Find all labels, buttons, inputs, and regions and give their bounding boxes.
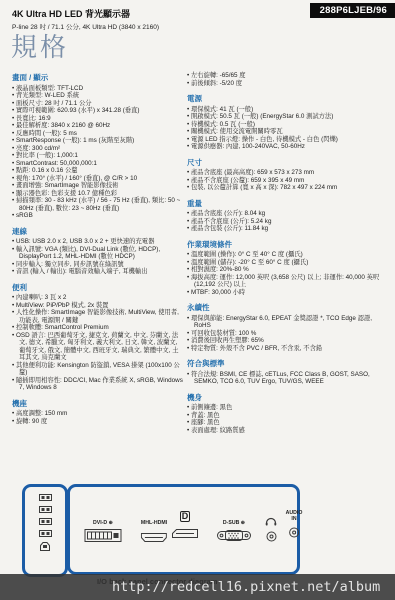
- page-title: 規格: [11, 27, 69, 64]
- model-number-badge: 288P6LJEB/96: [310, 3, 395, 18]
- spec-item: 掃描頻率: 30 - 83 kHz (水平) / 56 - 75 Hz (垂直)…: [12, 197, 184, 212]
- spec-item: 可回收包裝材質: 100 %: [187, 330, 389, 338]
- spec-item: 前後傾斜: -5/20 度: [187, 80, 389, 88]
- connector-label: D: [180, 511, 191, 522]
- spec-item-list: 高度調整: 150 mm旋轉: 90 度: [12, 410, 184, 425]
- spec-item: 液晶面板類型: TFT-LCD: [12, 85, 184, 93]
- spec-item: 長寬比: 16:9: [12, 115, 184, 123]
- usb-a-port-icon: [39, 530, 52, 537]
- spec-item-list: 產品含底座 (公斤): 8.04 kg產品不含底座 (公斤): 5.24 kg產…: [187, 210, 389, 233]
- section-heading: 機座: [12, 398, 184, 409]
- section-heading: 符合與標準: [187, 358, 389, 369]
- section-heading: 重量: [187, 198, 389, 209]
- spec-item: 輸入訊號: VGA (類比), DVI-Dual Link (數位, HDCP)…: [12, 246, 184, 261]
- headphone-icon: [265, 513, 277, 526]
- section-heading: 連線: [12, 226, 184, 237]
- section-heading: 便利: [12, 282, 184, 293]
- spec-section: 畫面 / 顯示液晶面板類型: TFT-LCD背光類型: W-LED 系統面板尺寸…: [12, 72, 184, 220]
- spec-item: OSD 語言: 巴西葡萄牙文, 捷克文, 荷蘭文, 中文, 芬蘭文, 法文, 德…: [12, 332, 184, 362]
- spec-item: 符合法規: BSMI, CE 標誌, cETLus, FCC Class B, …: [187, 371, 389, 386]
- spec-item: 其他便利功能: Kensington 防盜鎖, VESA 掛架 (100x100…: [12, 362, 184, 377]
- spec-item: 待機模式: 0.5 瓦 (一般): [187, 121, 389, 129]
- spec-section: 作業環境條件溫度範圍 (操作): 0° C 至 40° C 度 (攝氏)溫度範圍…: [187, 239, 389, 297]
- spec-item: 背光類型: W-LED 系統: [12, 92, 184, 100]
- spec-section: 電源環保模式: 41 瓦 (一般)開啟模式: 50.5 瓦 (一般) (Ener…: [187, 93, 389, 151]
- section-heading: 電源: [187, 93, 389, 104]
- spec-item: 顯示器色彩: 色彩支援 10.7 億種色彩: [12, 190, 184, 198]
- spec-item: 音訊 (輸入 / 輸出): 電腦音效輸入端子, 耳機輸出: [12, 268, 184, 276]
- spec-column-right: 左右旋轉: -65/65 度前後傾斜: -5/20 度電源環保模式: 41 瓦 …: [187, 72, 389, 434]
- usb-port-list: [25, 487, 65, 551]
- spec-item: 最佳解析度: 3840 x 2160 @ 60Hz: [12, 122, 184, 130]
- spec-item: 內建喇叭: 3 瓦 x 2: [12, 294, 184, 302]
- spec-item-list: 符合法規: BSMI, CE 標誌, cETLus, FCC Class B, …: [187, 371, 389, 386]
- spec-item: 同步輸入: 獨立同步, 同步訊號在綠訊號: [12, 261, 184, 269]
- spec-item-list: 環保與節能: EnergyStar 6.0, EPEAT 金獎認證 *, TCO…: [187, 315, 389, 353]
- section-heading: 畫面 / 顯示: [12, 72, 184, 83]
- spec-item: 產品含底座 (公斤): 8.04 kg: [187, 210, 389, 218]
- usb-b-port-icon: [40, 542, 50, 551]
- spec-item-list: 溫度範圍 (操作): 0° C 至 40° C 度 (攝氏)溫度範圍 (儲存):…: [187, 251, 389, 296]
- spec-item-list: 產品含底座 (最高高度): 659 x 573 x 273 mm產品不含底座 (…: [187, 169, 389, 192]
- spec-item: 前側鑲邊: 黑色: [187, 404, 389, 412]
- spec-item: 產品含底座 (最高高度): 659 x 573 x 273 mm: [187, 169, 389, 177]
- connector-vga: D-SUB ⊕: [217, 513, 251, 547]
- spec-section: 連線USB: USB 2.0 x 2, USB 3.0 x 2 + 更快速的充電…: [12, 226, 184, 276]
- io-connector-box: DVI-D ⊕MHL-HDMIDD-SUB ⊕AUDIOIN: [67, 484, 300, 575]
- spec-item: 關機模式: 使用交流電開關時零瓦: [187, 128, 389, 136]
- spec-sheet-page: 4K Ultra HD LED 背光顯示器 P-line 28 吋 / 71.1…: [0, 0, 395, 600]
- section-heading: 作業環境條件: [187, 239, 389, 250]
- spec-item: 產品含包裝 (公斤): 11.84 kg: [187, 225, 389, 233]
- spec-item-list: USB: USB 2.0 x 2, USB 3.0 x 2 + 更快速的充電器輸…: [12, 238, 184, 276]
- product-title: 4K Ultra HD LED 背光顯示器: [12, 7, 159, 20]
- jack-connector-icon: [266, 529, 277, 547]
- section-heading: 尺寸: [187, 157, 389, 168]
- spec-section: 機座高度調整: 150 mm旋轉: 90 度: [12, 398, 184, 426]
- spec-item: 產品不含底座 (公斤): 5.24 kg: [187, 218, 389, 226]
- spec-column-left: 畫面 / 顯示液晶面板類型: TFT-LCD背光類型: W-LED 系統面板尺寸…: [12, 72, 184, 425]
- connector-dvi: DVI-D ⊕: [85, 513, 122, 547]
- spec-item: 隨插即用相容性: DDC/CI, Mac 作業系統 X, sRGB, Windo…: [12, 377, 184, 392]
- vga-connector-icon: [217, 529, 251, 547]
- dp-connector-icon: [172, 525, 198, 543]
- spec-item-list: 環保模式: 41 瓦 (一般)開啟模式: 50.5 瓦 (一般) (Energy…: [187, 106, 389, 151]
- spec-item: 反應時間 (一般): 5 ms: [12, 130, 184, 138]
- spec-section: 機身前側鑲邊: 黑色背蓋: 黑色座腳: 黑色表面處理: 紋路質感: [187, 392, 389, 435]
- hdmi-connector-icon: [141, 529, 167, 547]
- connector-label: AUDIOIN: [286, 509, 303, 522]
- spec-item: 背蓋: 黑色: [187, 412, 389, 420]
- connector-jack: [265, 513, 277, 547]
- spec-item-list: 前側鑲邊: 黑色背蓋: 黑色座腳: 黑色表面處理: 紋路質感: [187, 404, 389, 434]
- spec-section: 便利內建喇叭: 3 瓦 x 2MultiView: PiP/PbP 模式, 2x…: [12, 282, 184, 392]
- watermark-band: http://redcell16.pixnet.net/album: [0, 574, 395, 600]
- spec-item: MTBF: 30,000 小時: [187, 289, 389, 297]
- spec-item: 人性化操作: SmartImage 智能影像技術, MultiView, 使用者…: [12, 309, 184, 324]
- spec-item: 溫度範圍 (操作): 0° C 至 40° C 度 (攝氏): [187, 251, 389, 259]
- spec-item-list: 左右旋轉: -65/65 度前後傾斜: -5/20 度: [187, 72, 389, 87]
- spec-item: 環保與節能: EnergyStar 6.0, EPEAT 金獎認證 *, TCO…: [187, 315, 389, 330]
- spec-item: 開啟模式: 50.5 瓦 (一般) (EnergyStar 6.0 測試方法): [187, 113, 389, 121]
- dvi-connector-icon: [85, 529, 122, 547]
- spec-item: 電源供應器: 內建, 100-240VAC, 50-60Hz: [187, 143, 389, 151]
- spec-item: 特定物質: 外殼不含 PVC / BFR, 不含汞, 不含鉛: [187, 345, 389, 353]
- spec-item: sRGB: [12, 212, 184, 220]
- spec-item: 溫度範圍 (儲存): -20° C 至 60° C 度 (攝氏): [187, 259, 389, 267]
- section-heading: 永續性: [187, 302, 389, 313]
- connector-jack: AUDIOIN: [286, 509, 303, 543]
- jack-connector-icon: [289, 525, 300, 543]
- section-heading: 機身: [187, 392, 389, 403]
- spec-item: SmartContrast: 50,000,000:1: [12, 160, 184, 168]
- spec-item: 電源 LED 指示燈: 操作 - 白色, 待機模式 - 白色 (閃爍): [187, 136, 389, 144]
- spec-item-list: 液晶面板類型: TFT-LCD背光類型: W-LED 系統面板尺寸: 28 吋 …: [12, 85, 184, 220]
- spec-item: 旋轉: 90 度: [12, 418, 184, 426]
- connector-hdmi: MHL-HDMI: [141, 513, 167, 547]
- spec-item: 對比率 (一般): 1,000:1: [12, 152, 184, 160]
- spec-item: 座腳: 黑色: [187, 419, 389, 427]
- spec-item: 海拔高度: 運作: 12,000 英呎 (3,658 公尺) 以上; 非運作: …: [187, 274, 389, 289]
- usb-a-port-icon: [39, 494, 52, 501]
- connector-label: D-SUB ⊕: [223, 513, 245, 526]
- usb-a-port-icon: [39, 518, 52, 525]
- spec-item: 視角: 170° (水平) / 160° (垂直), @ C/R > 10: [12, 175, 184, 183]
- spec-item: MultiView: PiP/PbP 模式, 2x 裝置: [12, 302, 184, 310]
- spec-item: 產品不含底座 (公釐): 659 x 395 x 49 mm: [187, 177, 389, 185]
- spec-item: 相對濕度: 20%-80 %: [187, 266, 389, 274]
- usb-panel-box: [22, 484, 68, 577]
- spec-item-list: 內建喇叭: 3 瓦 x 2MultiView: PiP/PbP 模式, 2x 裝…: [12, 294, 184, 392]
- connector-dp: D: [172, 511, 198, 543]
- connector-label: DVI-D ⊕: [93, 513, 113, 526]
- spec-item: 亮度: 300 cd/m²: [12, 145, 184, 153]
- spec-item: USB: USB 2.0 x 2, USB 3.0 x 2 + 更快速的充電器: [12, 238, 184, 246]
- spec-item: 點距: 0.16 x 0.16 公釐: [12, 167, 184, 175]
- usb-a-port-icon: [39, 506, 52, 513]
- spec-item: 消費後回收再生塑膠: 65%: [187, 337, 389, 345]
- spec-section: 尺寸產品含底座 (最高高度): 659 x 573 x 273 mm產品不含底座…: [187, 157, 389, 192]
- spec-item: 高度調整: 150 mm: [12, 410, 184, 418]
- spec-item: 控制軟體: SmartControl Premium: [12, 324, 184, 332]
- spec-item: 左右旋轉: -65/65 度: [187, 72, 389, 80]
- spec-item: 環保模式: 41 瓦 (一般): [187, 106, 389, 114]
- spec-item: 包裝, 以公釐計算 (寬 x 高 x 深): 782 x 497 x 224 m…: [187, 184, 389, 192]
- spec-item: 表面處理: 紋路質感: [187, 427, 389, 435]
- spec-item: 實際可視範圍: 620.93 (水平) x 341.28 (垂直): [12, 107, 184, 115]
- watermark-url: http://redcell16.pixnet.net/album: [112, 579, 380, 595]
- spec-section: 重量產品含底座 (公斤): 8.04 kg產品不含底座 (公斤): 5.24 k…: [187, 198, 389, 233]
- spec-item: 畫面增強: SmartImage 智能影像技術: [12, 182, 184, 190]
- spec-section: 左右旋轉: -65/65 度前後傾斜: -5/20 度: [187, 72, 389, 87]
- spec-item: 面板尺寸: 28 吋 / 71.1 公分: [12, 100, 184, 108]
- spec-section: 符合與標準符合法規: BSMI, CE 標誌, cETLus, FCC Clas…: [187, 358, 389, 386]
- connector-label: MHL-HDMI: [141, 513, 167, 526]
- spec-section: 永續性環保與節能: EnergyStar 6.0, EPEAT 金獎認證 *, …: [187, 302, 389, 352]
- spec-item: SmartResponse (一般): 1 ms (灰階至灰階): [12, 137, 184, 145]
